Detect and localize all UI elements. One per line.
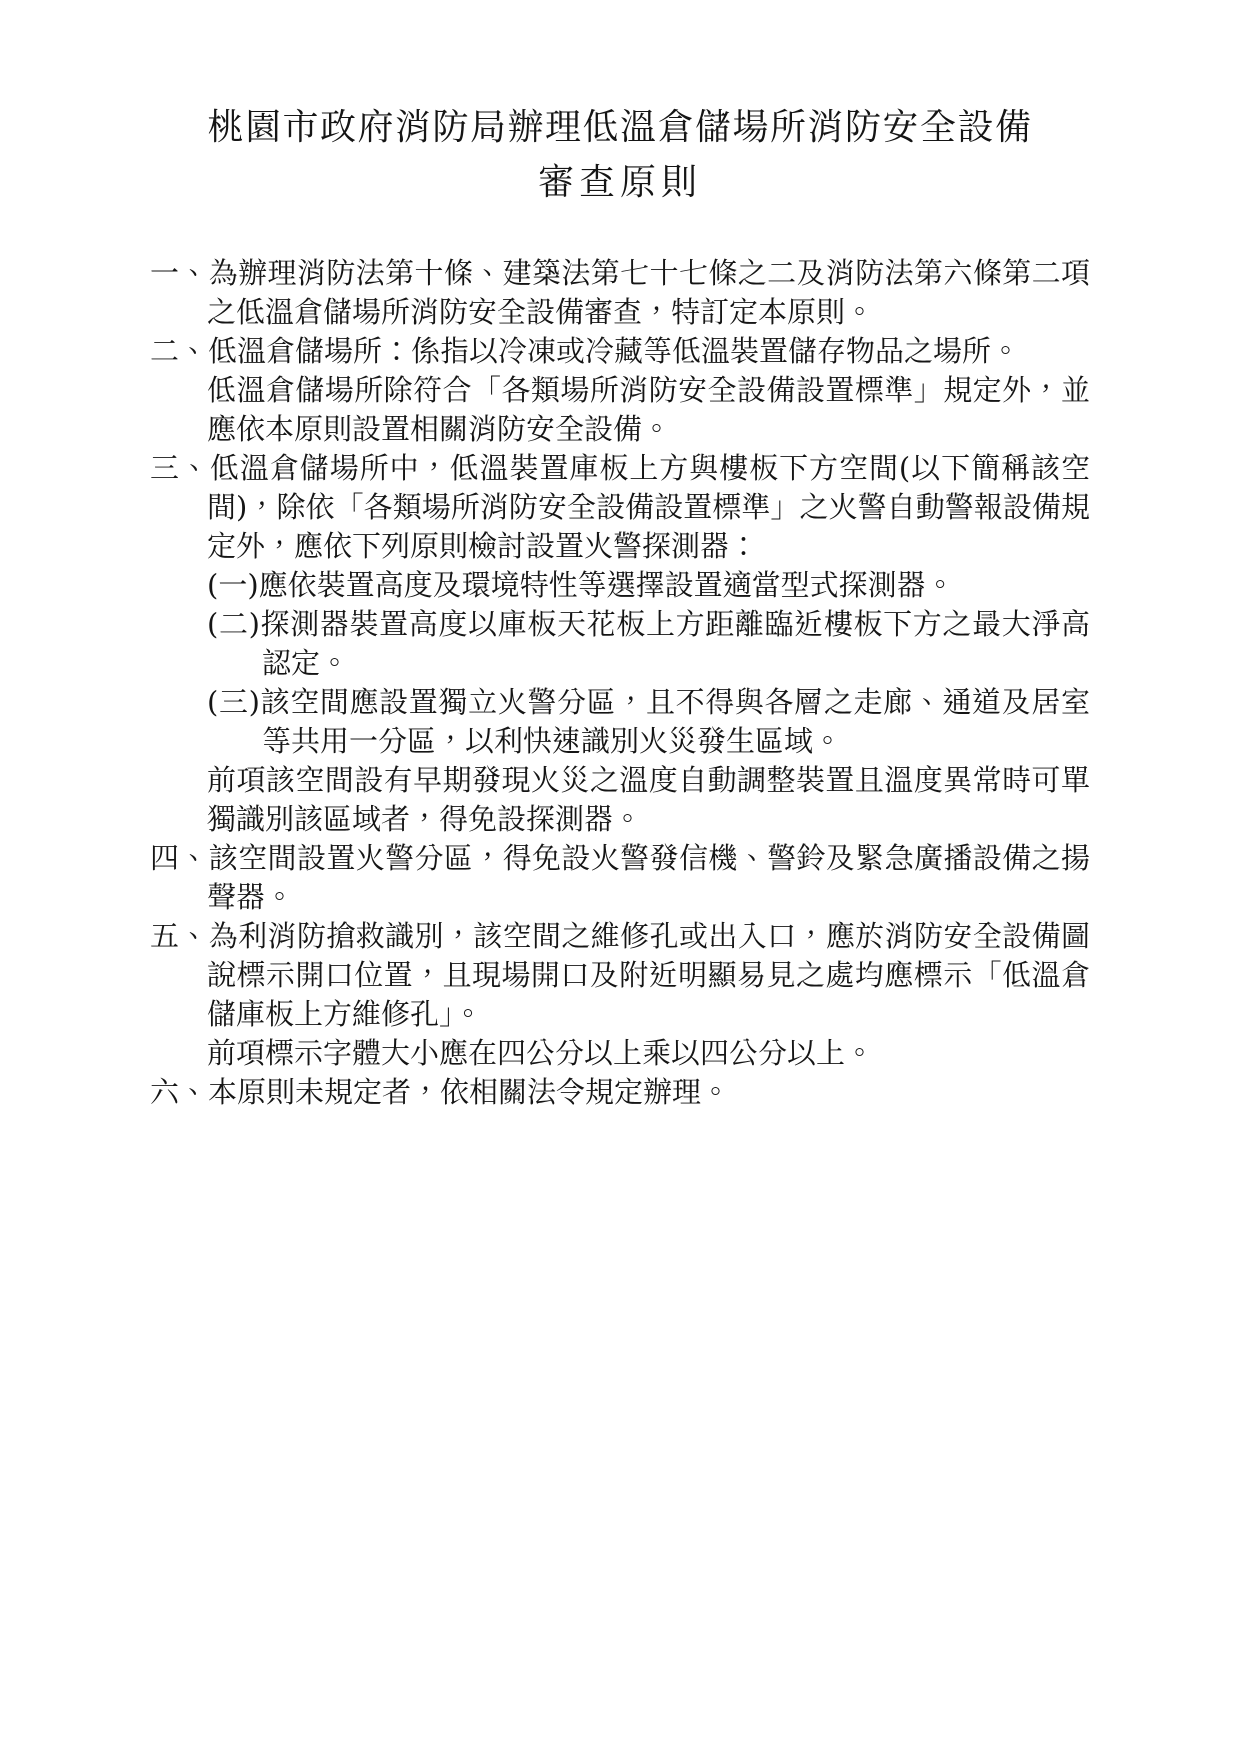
clause-1-number: 一、	[150, 256, 209, 290]
page-title: 桃園市政府消防局辦理低溫倉儲場所消防安全設備 審查原則	[150, 100, 1090, 210]
clause-4: 四、該空間設置火警分區，得免設火警發信機、警鈴及緊急廣播設備之揚聲器。	[150, 839, 1090, 917]
clause-2-paragraph-2: 低溫倉儲場所除符合「各類場所消防安全設備設置標準」規定外，並應依本原則設置相關消…	[207, 371, 1090, 449]
clause-6: 六、本原則未規定者，依相關法令規定辦理。	[150, 1073, 1090, 1112]
clause-3-subitem-1: (一)應依裝置高度及環境特性等選擇設置適當型式探測器。	[207, 566, 1090, 605]
clause-2: 二、低溫倉儲場所：係指以冷凍或冷藏等低溫裝置儲存物品之場所。 低溫倉儲場所除符合…	[150, 332, 1090, 449]
clause-2-text-2: 低溫倉儲場所除符合「各類場所消防安全設備設置標準」規定外，並應依本原則設置相關消…	[207, 373, 1090, 446]
clause-6-paragraph: 六、本原則未規定者，依相關法令規定辦理。	[207, 1073, 1090, 1112]
clause-3-subitem-3-label: (三)	[207, 685, 260, 719]
clause-1-text: 為辦理消防法第十條、建築法第七十七條之二及消防法第六條第二項之低溫倉儲場所消防安…	[207, 256, 1090, 329]
clause-4-text: 該空間設置火警分區，得免設火警發信機、警鈴及緊急廣播設備之揚聲器。	[207, 841, 1090, 914]
clause-5-text-1: 為利消防搶救識別，該空間之維修孔或出入口，應於消防安全設備圖說標示開口位置，且現…	[207, 919, 1090, 1031]
clause-1-paragraph: 一、為辦理消防法第十條、建築法第七十七條之二及消防法第六條第二項之低溫倉儲場所消…	[207, 254, 1090, 332]
clause-3-paragraph-trailing: 前項該空間設有早期發現火災之溫度自動調整裝置且溫度異常時可單獨識別該區域者，得免…	[207, 761, 1090, 839]
page-title-line2: 審查原則	[150, 155, 1090, 210]
clause-3-number: 三、	[150, 451, 210, 485]
clause-5-paragraph-1: 五、為利消防搶救識別，該空間之維修孔或出入口，應於消防安全設備圖說標示開口位置，…	[207, 917, 1090, 1034]
clause-3-subitem-2-text: 探測器裝置高度以庫板天花板上方距離臨近樓板下方之最大淨高認定。	[260, 607, 1090, 680]
clause-3-subitem-3: (三)該空間應設置獨立火警分區，且不得與各層之走廊、通道及居室等共用一分區，以利…	[207, 683, 1090, 761]
document-page: 桃園市政府消防局辦理低溫倉儲場所消防安全設備 審查原則 一、為辦理消防法第十條、…	[0, 0, 1241, 1755]
clause-4-number: 四、	[150, 841, 209, 875]
clause-3-lead-text: 低溫倉儲場所中，低溫裝置庫板上方與樓板下方空間(以下簡稱該空間)，除依「各類場所…	[207, 451, 1090, 563]
clause-3-subitem-3-text: 該空間應設置獨立火警分區，且不得與各層之走廊、通道及居室等共用一分區，以利快速識…	[260, 685, 1090, 758]
clause-6-text: 本原則未規定者，依相關法令規定辦理。	[208, 1075, 730, 1109]
clause-5-number: 五、	[150, 919, 209, 953]
clause-3-paragraph-lead: 三、低溫倉儲場所中，低溫裝置庫板上方與樓板下方空間(以下簡稱該空間)，除依「各類…	[207, 449, 1090, 566]
clause-5: 五、為利消防搶救識別，該空間之維修孔或出入口，應於消防安全設備圖說標示開口位置，…	[150, 917, 1090, 1073]
document-body: 一、為辦理消防法第十條、建築法第七十七條之二及消防法第六條第二項之低溫倉儲場所消…	[150, 254, 1090, 1112]
clause-4-paragraph: 四、該空間設置火警分區，得免設火警發信機、警鈴及緊急廣播設備之揚聲器。	[207, 839, 1090, 917]
clause-5-paragraph-2: 前項標示字體大小應在四公分以上乘以四公分以上。	[207, 1034, 1090, 1073]
clause-3: 三、低溫倉儲場所中，低溫裝置庫板上方與樓板下方空間(以下簡稱該空間)，除依「各類…	[150, 449, 1090, 839]
clause-3-trailing-text: 前項該空間設有早期發現火災之溫度自動調整裝置且溫度異常時可單獨識別該區域者，得免…	[207, 763, 1090, 836]
clause-2-number: 二、	[150, 334, 208, 368]
clause-1: 一、為辦理消防法第十條、建築法第七十七條之二及消防法第六條第二項之低溫倉儲場所消…	[150, 254, 1090, 332]
clause-6-number: 六、	[150, 1075, 208, 1109]
clause-3-subitem-1-text: 應依裝置高度及環境特性等選擇設置適當型式探測器。	[259, 568, 955, 602]
page-title-line1: 桃園市政府消防局辦理低溫倉儲場所消防安全設備	[150, 100, 1090, 155]
clause-2-paragraph-1: 二、低溫倉儲場所：係指以冷凍或冷藏等低溫裝置儲存物品之場所。	[207, 332, 1090, 371]
clause-2-text-1: 低溫倉儲場所：係指以冷凍或冷藏等低溫裝置儲存物品之場所。	[208, 334, 1020, 368]
clause-3-subitem-2-label: (二)	[207, 607, 260, 641]
clause-5-text-2: 前項標示字體大小應在四公分以上乘以四公分以上。	[207, 1036, 874, 1070]
clause-3-subitem-2: (二)探測器裝置高度以庫板天花板上方距離臨近樓板下方之最大淨高認定。	[207, 605, 1090, 683]
clause-3-subitem-1-label: (一)	[207, 568, 259, 602]
